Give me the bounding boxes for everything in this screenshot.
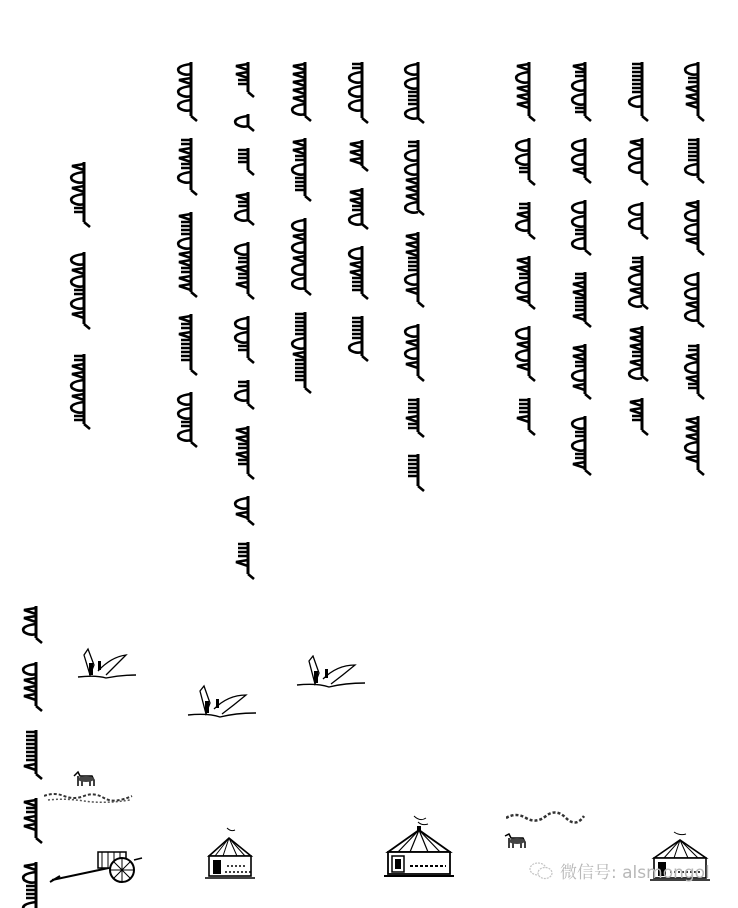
poem-word xyxy=(283,136,313,202)
poem-word xyxy=(676,270,706,328)
wechat-icon xyxy=(528,861,554,881)
grass-icon xyxy=(44,790,134,806)
poem-word xyxy=(396,452,426,492)
poem-word xyxy=(507,200,537,240)
poem-word xyxy=(226,190,256,226)
poem-word xyxy=(62,250,92,330)
poem-word xyxy=(676,342,706,400)
poem-word xyxy=(507,136,537,186)
poem-word xyxy=(396,396,426,438)
poem-word xyxy=(620,254,650,310)
wechat-watermark: 微信号: alsmongol xyxy=(528,858,710,883)
yurt-icon xyxy=(205,826,257,884)
poem-word xyxy=(226,424,256,480)
poem-word xyxy=(396,138,426,216)
poem-word xyxy=(340,244,370,300)
poem-word xyxy=(676,414,706,476)
poem-word xyxy=(563,60,593,122)
watermark-label: 微信号: alsmongol xyxy=(560,858,710,883)
horse-icon xyxy=(503,832,529,850)
cart-icon xyxy=(48,846,144,886)
poem-word xyxy=(676,198,706,256)
poem-word xyxy=(507,254,537,310)
poem-word xyxy=(283,60,313,122)
poem-word xyxy=(396,60,426,124)
poem-word xyxy=(340,314,370,362)
poem-word xyxy=(563,136,593,184)
poem-word xyxy=(226,378,256,410)
poem-word xyxy=(563,414,593,476)
poem-word xyxy=(620,60,650,122)
poem-word xyxy=(396,322,426,382)
poem-word xyxy=(14,796,44,844)
crane-icon xyxy=(76,645,138,685)
poem-word xyxy=(340,60,370,124)
poem-word xyxy=(14,604,44,644)
poem-word xyxy=(620,324,650,382)
poem-word xyxy=(676,60,706,122)
poem-word xyxy=(226,540,256,580)
poem-word xyxy=(169,210,199,298)
poem-word xyxy=(340,186,370,230)
poem-word xyxy=(620,200,650,240)
poem-word xyxy=(507,60,537,122)
poem-word xyxy=(283,310,313,394)
camels-icon xyxy=(506,810,586,826)
poem-word xyxy=(676,136,706,184)
poem-word xyxy=(226,146,256,176)
poem-word xyxy=(14,860,44,908)
poem-word xyxy=(226,314,256,364)
poem-word xyxy=(62,352,92,430)
poem-word xyxy=(283,216,313,296)
poem-word xyxy=(396,230,426,308)
poem-word xyxy=(226,494,256,526)
poem-word xyxy=(169,60,199,122)
poem-word xyxy=(226,240,256,300)
poem-word xyxy=(620,136,650,186)
poem-word xyxy=(169,390,199,448)
poem-word xyxy=(563,342,593,400)
poem-word xyxy=(620,396,650,436)
poem-word xyxy=(14,728,44,780)
poem-word xyxy=(507,324,537,382)
poem-word xyxy=(226,60,256,98)
poem-word xyxy=(340,138,370,172)
poem-word xyxy=(169,136,199,196)
poem-word xyxy=(226,112,256,132)
poem-word xyxy=(62,160,92,228)
poem-word xyxy=(169,312,199,376)
poem-word xyxy=(563,198,593,256)
horse-icon xyxy=(72,770,98,788)
poem-word xyxy=(563,270,593,328)
yurt-icon xyxy=(384,814,456,884)
crane-icon xyxy=(186,683,258,723)
crane-icon xyxy=(295,655,367,695)
poem-word xyxy=(14,660,44,712)
poem-word xyxy=(507,396,537,436)
